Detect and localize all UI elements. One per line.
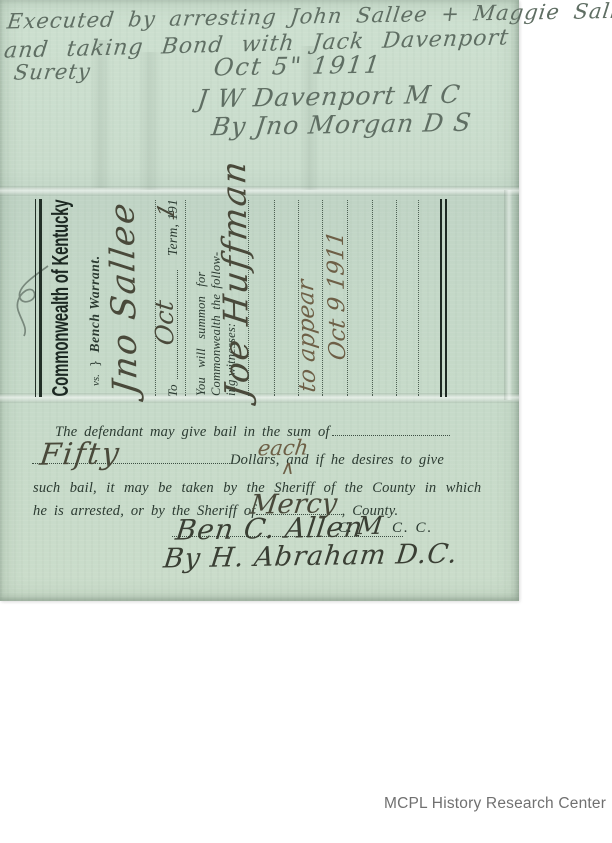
document-scan: Executed by arresting John Sallee + Magg…	[0, 0, 519, 601]
note-deputy-signature: By Jno Morgan D S	[210, 108, 473, 142]
note-surety-word: Surety	[12, 59, 92, 84]
credit-watermark: MCPL History Research Center	[384, 795, 606, 813]
vs-label: vs.	[90, 374, 102, 386]
witness-signature: Joe Huffman	[214, 157, 258, 401]
bail-clause-line-3: such bail, it may be taken by the Sherif…	[33, 480, 457, 497]
dotted-blank	[332, 435, 450, 436]
warrant-panel: Commonwealth of Kentucky vs. } Bench War…	[8, 196, 513, 400]
case-caption: vs. } Bench Warrant.	[87, 198, 103, 386]
deputy-clerk-signature: By H. Abraham D.C.	[162, 538, 460, 574]
note-date-line: Oct 5" 1911	[212, 51, 383, 82]
fold-crease-top	[0, 186, 519, 196]
dotted-rule	[418, 200, 419, 396]
form-title: Commonwealth of Kentucky	[48, 196, 74, 400]
insert-caret-mark: ∧	[280, 457, 297, 479]
clerk-title-m-handwritten: M	[355, 511, 384, 540]
summon-line-1: You will summon for	[194, 196, 209, 396]
dotted-rule	[372, 200, 373, 396]
double-rule-head	[35, 199, 42, 397]
dotted-rule	[274, 200, 275, 396]
brace-mark: }	[88, 359, 102, 367]
dotted-rule	[185, 200, 186, 396]
defendant-signature: Jno Sallee	[102, 199, 145, 397]
clerk-title-c: C.	[338, 520, 352, 537]
term-row: To Term, 191 Oct 1	[158, 196, 184, 400]
note-executed-line: Executed by arresting John Sallee + Magg…	[6, 0, 612, 34]
ink-bleed-ghost	[90, 40, 112, 188]
term-month-handwritten: Oct	[150, 299, 180, 347]
term-prefix: To	[165, 384, 181, 397]
clerk-title-cc: C. C.	[392, 520, 433, 537]
appearance-note-line-2: Oct 9 1911	[323, 229, 351, 361]
double-rule-foot	[440, 199, 447, 397]
dotted-rule	[248, 200, 249, 396]
case-type-label: Bench Warrant.	[87, 255, 103, 352]
bail-amount-handwritten: Fifty	[38, 436, 123, 472]
dotted-rule	[396, 200, 397, 396]
warrant-form-rotated: Commonwealth of Kentucky vs. } Bench War…	[8, 196, 513, 400]
appearance-note-line-1: to appear	[293, 278, 321, 393]
screenshot-page: Executed by arresting John Sallee + Magg…	[0, 0, 612, 843]
ink-bleed-ghost	[138, 52, 162, 190]
